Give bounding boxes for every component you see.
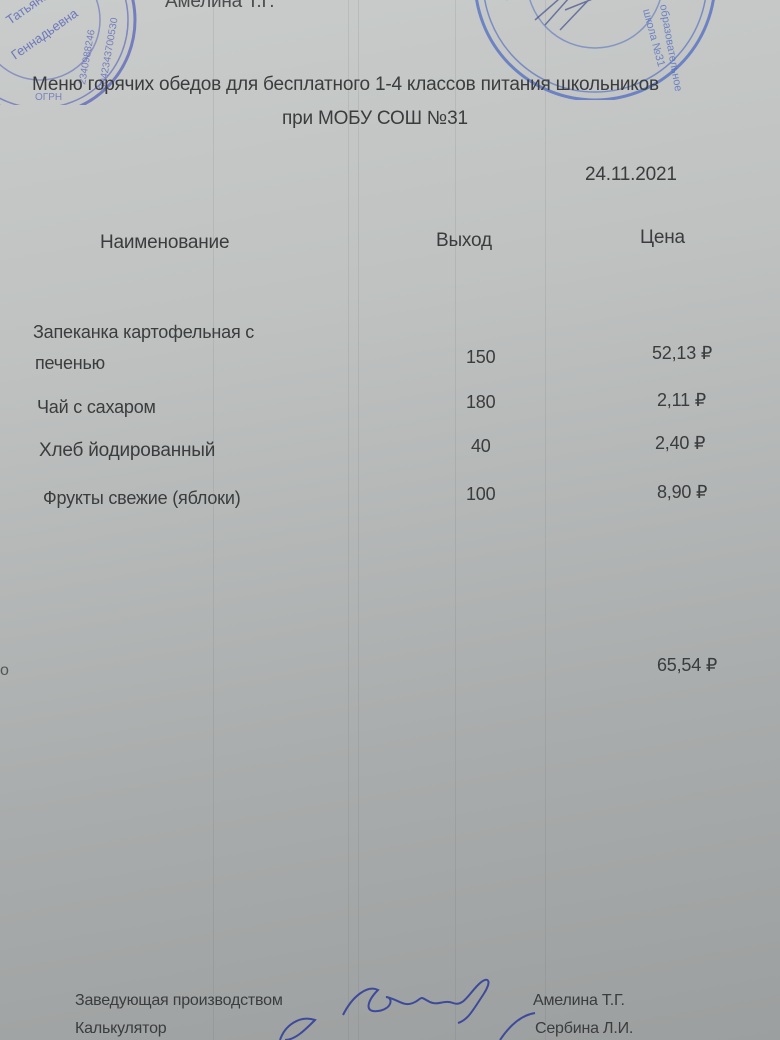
menu-document: Татьяна Геннадьевна 2340988246 304234370… xyxy=(0,0,780,1040)
svg-text:Татьяна: Татьяна xyxy=(3,0,52,27)
column-header-price: Цена xyxy=(640,227,685,249)
document-title-line2: при МОБУ СОШ №31 xyxy=(282,108,468,130)
signature-name-1: Амелина Т.Г. xyxy=(533,992,625,1010)
item-price: 2,40 ₽ xyxy=(655,433,705,454)
column-header-name: Наименование xyxy=(100,232,229,254)
header-top-name: Амелина Т.Г. xyxy=(165,0,274,13)
item-name: Фрукты свежие (яблоки) xyxy=(43,488,241,509)
item-price: 2,11 ₽ xyxy=(657,390,706,411)
item-output: 40 xyxy=(471,436,491,457)
item-output: 150 xyxy=(466,347,495,368)
paper-streak xyxy=(545,0,546,1040)
signature-role-1: Заведующая производством xyxy=(75,992,283,1010)
item-name: Хлеб йодированный xyxy=(39,440,215,462)
signature-role-2: Калькулятор xyxy=(75,1020,166,1038)
total-value: 65,54 ₽ xyxy=(657,655,717,676)
item-price: 8,90 ₽ xyxy=(657,482,707,503)
document-date: 24.11.2021 xyxy=(585,164,677,186)
svg-text:школа №31: школа №31 xyxy=(640,8,667,68)
item-price: 52,13 ₽ xyxy=(652,343,712,364)
document-title-line1: Меню горячих обедов для бесплатного 1-4 … xyxy=(32,74,659,96)
column-header-output: Выход xyxy=(436,230,492,252)
signature-1-icon xyxy=(338,975,508,1025)
total-label: о xyxy=(0,662,9,680)
signature-name-2: Сербина Л.И. xyxy=(535,1020,633,1038)
item-name-continued: печенью xyxy=(35,353,105,374)
signature-2-icon xyxy=(260,1010,540,1040)
svg-text:Геннадьевна: Геннадьевна xyxy=(8,5,81,62)
item-name: Запеканка картофельная с xyxy=(33,322,254,343)
item-output: 180 xyxy=(466,392,495,413)
item-name: Чай с сахаром xyxy=(37,397,156,418)
svg-text:учреждение: учреждение xyxy=(497,0,529,1)
svg-text:образовательное: образовательное xyxy=(657,3,684,92)
paper-streak xyxy=(348,0,349,1040)
item-output: 100 xyxy=(466,484,495,505)
paper-streak xyxy=(455,0,456,1040)
paper-streak xyxy=(213,0,214,1040)
paper-streak xyxy=(358,0,359,1040)
